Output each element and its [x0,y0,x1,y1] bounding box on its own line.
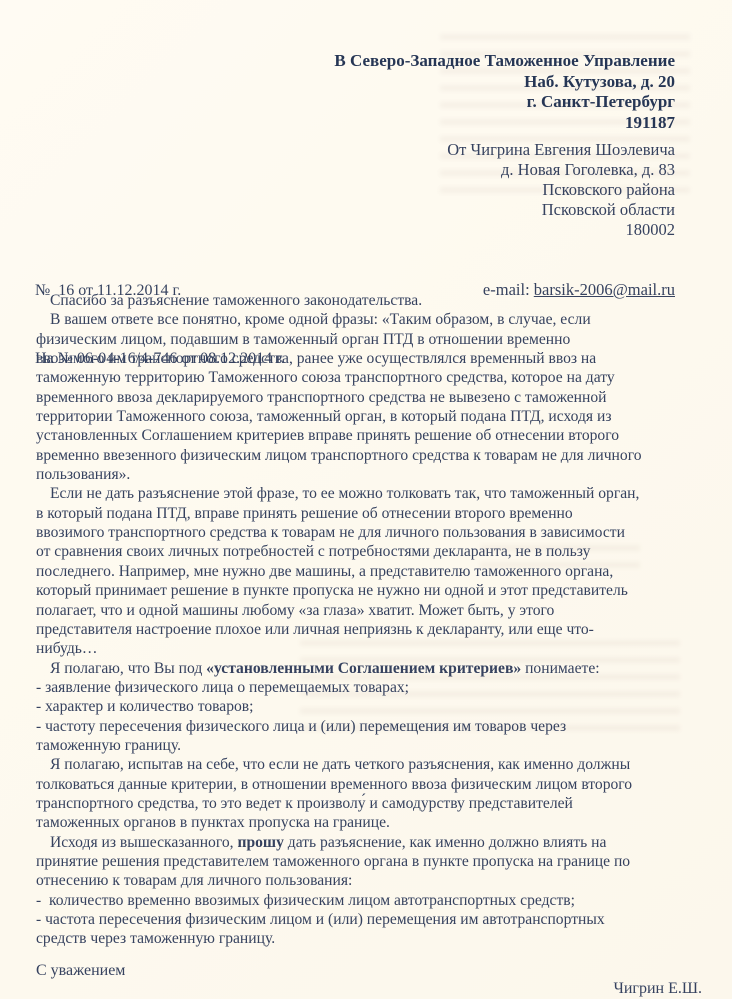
body-text-run: представителя настроение плохое или личн… [36,621,594,638]
body-text-run: - частоту пересечения физического лица и… [36,718,566,735]
body-text-run: территории Таможенного союза, таможенный… [36,408,612,425]
body-text-line: - частоту пересечения физического лица и… [36,717,720,736]
body-text-line: физическим лицом, подавшим в таможенный … [36,330,720,349]
body-text-line: который принимает решение в пункте пропу… [36,581,720,600]
body-text-run: - частота пересечения физическим лицом и… [36,911,605,928]
body-text-run: отнесению к товарам для личного пользова… [36,872,352,889]
body-text-run: физическим лицом, подавшим в таможенный … [36,331,570,348]
sender-address-line: От Чигрина Евгения Шоэлевича [447,140,675,160]
body-text-run: - заявление физического лица о перемещае… [36,679,409,696]
body-text-run: последнего. Например, мне нужно две маши… [36,563,613,580]
body-text-line: в который подана ПТД, вправе принять реш… [36,504,720,523]
body-text-run: пользования». [36,466,130,483]
body-text-line: транспортного средства, то это ведет к п… [36,794,720,813]
body-text-line: средств через таможенную границу. [36,929,720,948]
body-text-line: принятие решения представителем таможенн… [36,852,720,871]
body-text-line: нибудь… [36,639,720,658]
body-text-run: полагает, что и одной машины любому «за … [36,602,554,619]
body-text-line: таможенную границу. [36,736,720,755]
body-text-line: временно ввезенного физическим лицом тра… [36,446,720,465]
body-text-run: принятие решения представителем таможенн… [36,853,630,870]
body-text-line: В вашем ответе все понятно, кроме одной … [36,310,720,329]
body-text-line: ввозимого транспортного средства к товар… [36,523,720,542]
body-text-line: - количество временно ввозимых физически… [36,891,720,910]
sender-address-line: 180002 [447,220,675,240]
recipient-address-line: В Северо-Западное Таможенное Управление [334,51,675,72]
body-text-line: временного ввоза декларируемого транспор… [36,388,720,407]
body-text-run: таможенных органов в пунктах пропуска на… [36,814,390,831]
body-text-bold-run: прошу [237,834,283,851]
body-text-line: Если не дать разъяснение этой фразе, то … [36,484,720,503]
body-text-line: - частота пересечения физическим лицом и… [36,910,720,929]
body-text-line: Я полагаю, испытав на себе, что если не … [36,755,720,774]
body-text-run: понимаете: [521,660,599,677]
body-text-run: - количество временно ввозимых физически… [36,892,575,909]
body-text-line: таможенную территорию Таможенного союза … [36,368,720,387]
body-text-run: Я полагаю, что Вы под [50,660,206,677]
body-text-run: который принимает решение в пункте пропу… [36,582,628,599]
body-text-line: установленных Соглашением критериев впра… [36,426,720,445]
body-text-line: Исходя из вышесказанного, прошу дать раз… [36,833,720,852]
body-text-run: установленных Соглашением критериев впра… [36,427,619,444]
scanned-letter-page: В Северо-Западное Таможенное УправлениеН… [0,0,732,999]
body-text-line: Я полагаю, что Вы под «установленными Со… [36,659,720,678]
sender-address-lines: От Чигрина Евгения Шоэлевичад. Новая Гог… [447,140,675,240]
body-text-line: полагает, что и одной машины любому «за … [36,601,720,620]
valediction: С уважением [36,962,125,980]
body-text-line: последнего. Например, мне нужно две маши… [36,562,720,581]
signature-name: Чигрин Е.Ш. [613,980,702,998]
body-text-line: отнесению к товарам для личного пользова… [36,871,720,890]
body-text-line: пользования». [36,465,720,484]
body-text-run: - характер и количество товаров; [36,698,253,715]
body-text-run: дать разъяснение, как именно должно влия… [284,834,607,851]
body-text-run: временно ввезенного физическим лицом тра… [36,447,642,464]
letter-body: Спасибо за разъяснение таможенного закон… [36,291,720,949]
body-text-run: Я полагаю, испытав на себе, что если не … [50,756,630,773]
body-text-run: таможенную границу. [36,737,181,754]
recipient-address-line: Наб. Кутузова, д. 20 [334,72,675,93]
body-text-run: Если не дать разъяснение этой фразе, то … [50,485,639,502]
sender-address-line: Псковской области [447,200,675,220]
body-text-run: средств через таможенную границу. [36,930,275,947]
body-text-line: - характер и количество товаров; [36,697,720,716]
body-text-line: толковаться данные критерии, в отношении… [36,775,720,794]
body-text-line: от сравнения своих личных потребностей с… [36,542,720,561]
body-text-line: ввозимого им транспортного средства, ран… [36,349,720,368]
sender-address-line: Псковского района [447,180,675,200]
body-text-run: нибудь… [36,640,97,657]
body-text-run: временного ввоза декларируемого транспор… [36,389,607,406]
body-text-line: - заявление физического лица о перемещае… [36,678,720,697]
body-text-run: Спасибо за разъяснение таможенного закон… [50,292,422,309]
body-text-run: ввозимого транспортного средства к товар… [36,524,625,541]
body-text-run: в который подана ПТД, вправе принять реш… [36,505,573,522]
body-text-line: территории Таможенного союза, таможенный… [36,407,720,426]
body-text-run: толковаться данные критерии, в отношении… [36,776,632,793]
body-text-run: ввозимого им транспортного средства, ран… [36,350,596,367]
body-text-run: от сравнения своих личных потребностей с… [36,543,590,560]
body-text-bold-run: «установленными Соглашением критериев» [206,660,521,677]
body-text-line: Спасибо за разъяснение таможенного закон… [36,291,720,310]
body-text-run: таможенную территорию Таможенного союза … [36,369,615,386]
body-text-line: таможенных органов в пунктах пропуска на… [36,813,720,832]
body-text-run: Исходя из вышесказанного, [50,834,237,851]
body-text-line: представителя настроение плохое или личн… [36,620,720,639]
sender-address-line: д. Новая Гоголевка, д. 83 [447,160,675,180]
body-text-run: транспортного средства, то это ведет к п… [36,795,573,812]
body-text-run: В вашем ответе все понятно, кроме одной … [50,311,591,328]
